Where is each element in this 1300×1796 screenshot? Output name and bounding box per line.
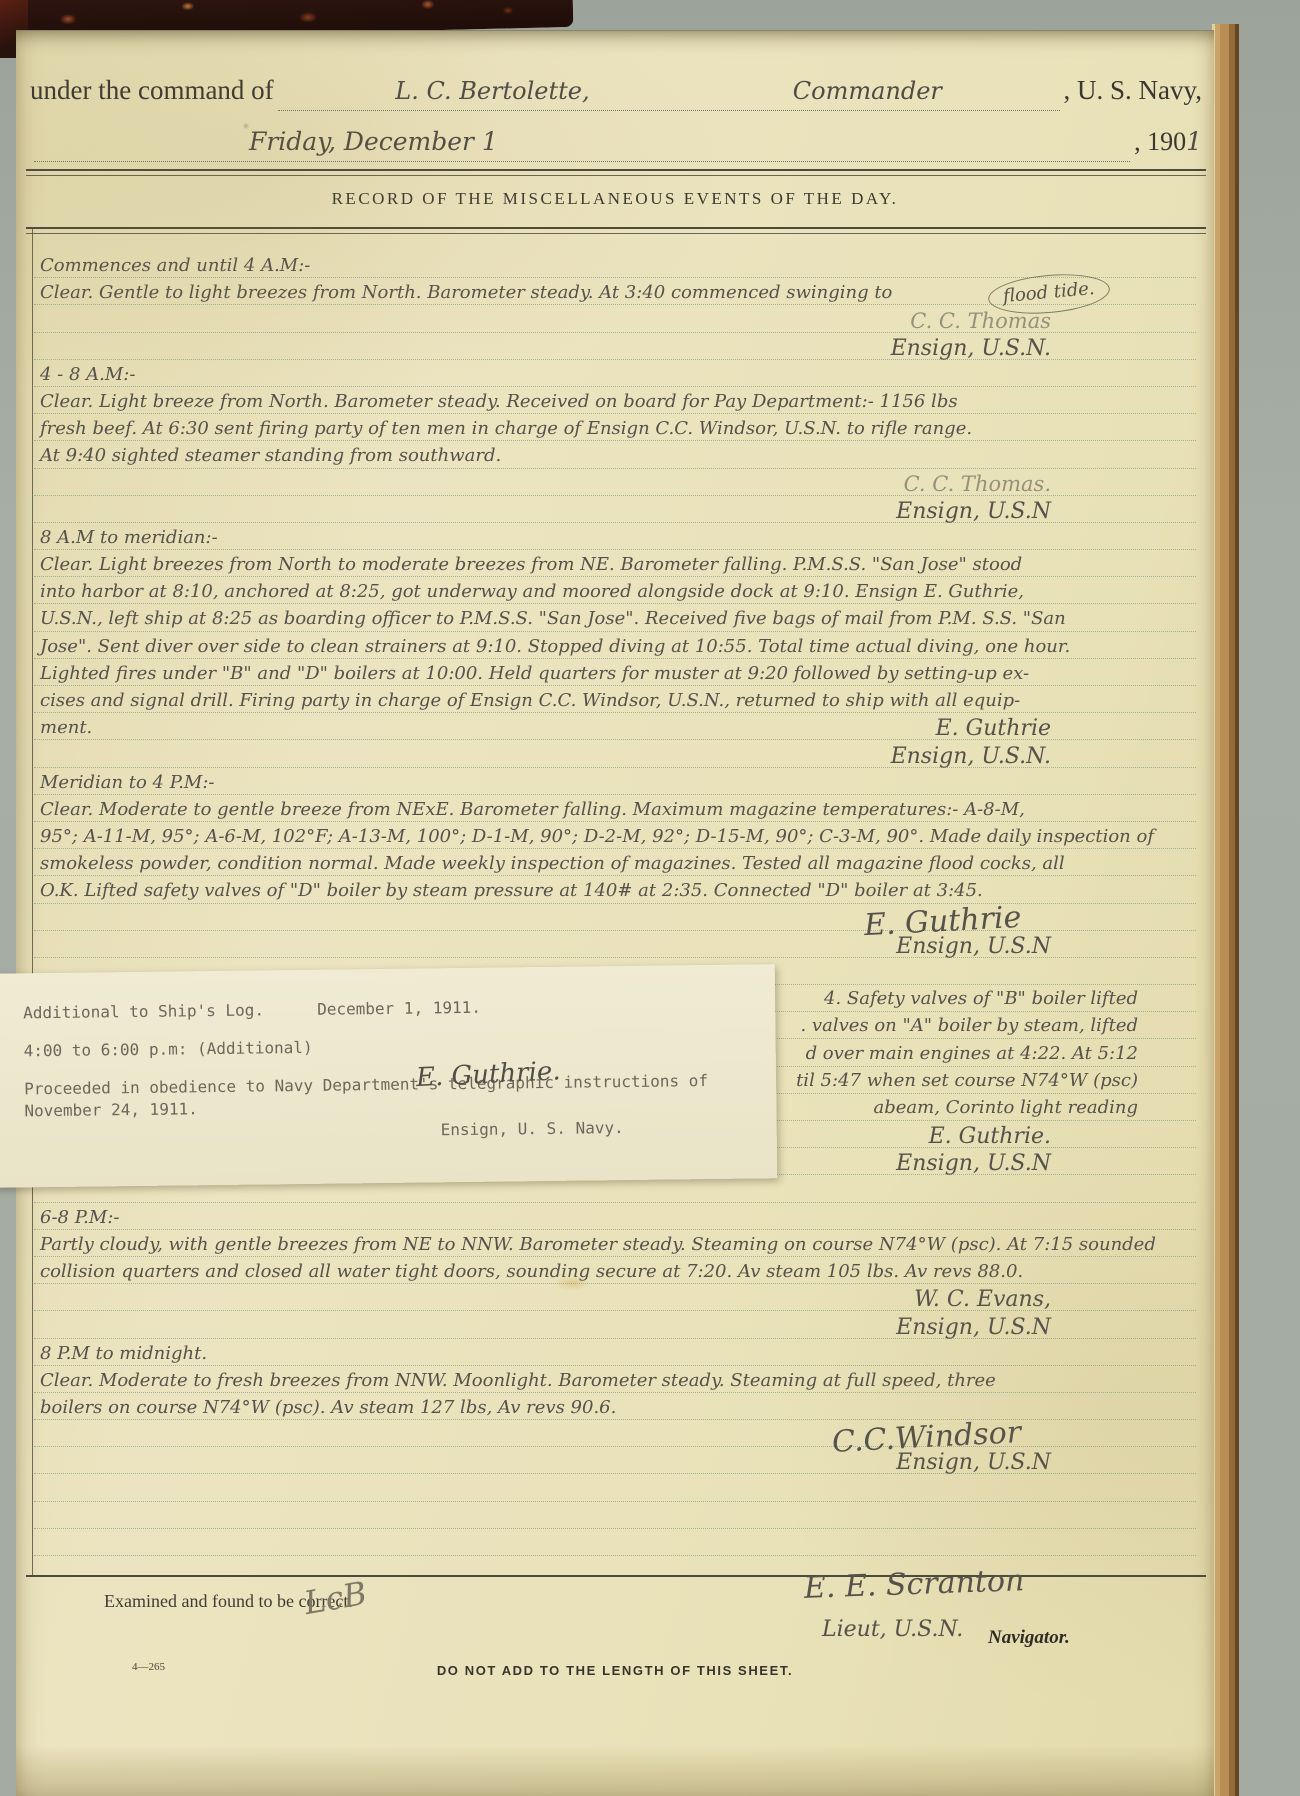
- log-entry-text: 6-8 P.M:-: [40, 1203, 119, 1232]
- date-line: Friday, December 1 , 190 1: [30, 123, 1202, 162]
- log-page: under the command of L. C. Bertolette, C…: [16, 30, 1214, 1796]
- log-entry-text: At 9:40 sighted steamer standing from so…: [40, 441, 501, 470]
- command-line: under the command of L. C. Bertolette, C…: [30, 71, 1202, 111]
- command-fill-line: L. C. Bertolette, Commander: [278, 72, 1060, 111]
- log-line: O.K. Lifted safety valves of "D" boiler …: [34, 876, 1196, 903]
- signature: W. C. Evans,: [914, 1285, 1051, 1314]
- book-page-edges: [1212, 24, 1239, 1796]
- log-line: ment.E. Guthrie: [34, 713, 1196, 740]
- log-line: Clear. Moderate to gentle breeze from NE…: [34, 795, 1196, 822]
- do-not-add-warning: DO NOT ADD TO THE LENGTH OF THIS SHEET.: [16, 1663, 1214, 1678]
- signature: Ensign, U.S.N: [896, 1149, 1051, 1178]
- log-line: cises and signal drill. Firing party in …: [34, 686, 1196, 713]
- log-line: Ensign, U.S.N: [34, 1447, 1196, 1474]
- log-section-heading: 8 P.M to midnight.: [34, 1339, 1196, 1366]
- date-fill-line: Friday, December 1: [34, 123, 1130, 162]
- log-entry-text-right: 4. Safety valves of "B" boiler lifted: [824, 984, 1138, 1013]
- log-entry-text: Partly cloudy, with gentle breezes from …: [40, 1230, 1156, 1259]
- log-entry-text: cises and signal drill. Firing party in …: [40, 686, 1020, 715]
- log-line: Clear. Light breezes from North to moder…: [34, 550, 1196, 577]
- signature: Ensign, U.S.N: [896, 1448, 1051, 1477]
- log-entry-text: 8 A.M to meridian:-: [40, 523, 218, 552]
- left-margin-rule: [32, 227, 33, 1575]
- signature: Ensign, U.S.N.: [891, 742, 1051, 771]
- log-section-heading: 6-8 P.M:-: [34, 1203, 1196, 1230]
- log-line: fresh beef. At 6:30 sent firing party of…: [34, 414, 1196, 441]
- log-section-heading: Commences and until 4 A.M:-: [34, 251, 1196, 278]
- log-lines: Commences and until 4 A.M:-Clear. Gentle…: [34, 251, 1196, 1556]
- page-bottom-shading: [16, 1745, 1214, 1796]
- signature: E. Guthrie: [936, 714, 1051, 743]
- log-line: smokeless powder, condition normal. Made…: [34, 849, 1196, 876]
- page-title: RECORD OF THE MISCELLANEOUS EVENTS OF TH…: [16, 189, 1214, 209]
- log-entry-text: U.S.N., left ship at 8:25 as boarding of…: [40, 604, 1066, 633]
- examiner-initials: LcB: [301, 1574, 369, 1622]
- log-entry-text: collision quarters and closed all water …: [40, 1257, 1023, 1286]
- log-entry-text: Jose". Sent diver over side to clean str…: [40, 632, 1070, 661]
- signature: Ensign, U.S.N: [896, 932, 1051, 961]
- log-section-heading: 4 - 8 A.M:-: [34, 360, 1196, 387]
- log-line: C.C.Windsor: [34, 1420, 1196, 1447]
- log-line: At 9:40 sighted steamer standing from so…: [34, 441, 1196, 468]
- double-rule-top: [26, 169, 1206, 176]
- log-entry-text-right: d over main engines at 4:22. At 5:12: [806, 1039, 1138, 1068]
- log-line: W. C. Evans,: [34, 1284, 1196, 1311]
- log-line: [34, 1474, 1196, 1501]
- signature: Ensign, U.S.N: [896, 1313, 1051, 1342]
- commander-rank-handwritten: Commander: [793, 72, 942, 110]
- log-line: [34, 1502, 1196, 1529]
- log-line: 95°; A-11-M, 95°; A-6-M, 102°F; A-13-M, …: [34, 822, 1196, 849]
- log-entry-text: fresh beef. At 6:30 sent firing party of…: [40, 414, 972, 443]
- slip-title: Additional to Ship's Log.: [23, 1000, 264, 1022]
- log-entry-text: smokeless powder, condition normal. Made…: [40, 849, 1065, 878]
- log-entry-text: into harbor at 8:10, anchored at 8:25, g…: [40, 577, 1024, 606]
- log-section-heading: Meridian to 4 P.M:-: [34, 768, 1196, 795]
- log-entry-text: Meridian to 4 P.M:-: [40, 768, 215, 797]
- log-entry-text: Clear. Moderate to gentle breeze from NE…: [40, 795, 1025, 824]
- year-digit-handwritten: 1: [1186, 123, 1202, 161]
- log-line: Clear. Gentle to light breezes from Nort…: [34, 278, 1196, 305]
- log-entry-text: Lighted fires under "B" and "D" boilers …: [40, 659, 1029, 688]
- log-line: U.S.N., left ship at 8:25 as boarding of…: [34, 604, 1196, 631]
- log-line: Ensign, U.S.N: [34, 496, 1196, 523]
- log-line: C. C. Thomas.: [34, 469, 1196, 496]
- typed-addendum-slip: Additional to Ship's Log. December 1, 19…: [0, 964, 777, 1188]
- log-line: C. C. Thomas: [34, 305, 1196, 332]
- printed-us-navy: , U. S. Navy,: [1064, 71, 1203, 109]
- log-line: into harbor at 8:10, anchored at 8:25, g…: [34, 577, 1196, 604]
- log-entry-text: 4 - 8 A.M:-: [40, 360, 135, 389]
- signature: C. C. Thomas: [910, 307, 1051, 336]
- log-line: collision quarters and closed all water …: [34, 1257, 1196, 1284]
- signature: Ensign, U.S.N: [896, 497, 1051, 526]
- log-entry-text: Clear. Moderate to fresh breezes from NN…: [40, 1366, 996, 1395]
- commander-name-handwritten: L. C. Bertolette,: [395, 72, 589, 110]
- log-section-heading: 8 A.M to meridian:-: [34, 523, 1196, 550]
- footer-rule: [26, 1575, 1206, 1577]
- log-entry-text: 8 P.M to midnight.: [40, 1339, 207, 1368]
- log-entry-text: Clear. Light breezes from North to moder…: [40, 550, 1022, 579]
- log-entry-text: Commences and until 4 A.M:-: [40, 251, 310, 280]
- slip-body-line2: November 24, 1911.: [24, 1099, 198, 1120]
- log-entry-text: O.K. Lifted safety valves of "D" boiler …: [40, 876, 983, 905]
- log-entry-text: ment.: [40, 713, 92, 742]
- log-line: Jose". Sent diver over side to clean str…: [34, 632, 1196, 659]
- signature: Ensign, U.S.N.: [891, 334, 1051, 363]
- log-line: [34, 1529, 1196, 1556]
- log-line: Clear. Moderate to fresh breezes from NN…: [34, 1366, 1196, 1393]
- log-line: Clear. Light breeze from North. Baromete…: [34, 387, 1196, 414]
- signature: C. C. Thomas.: [904, 470, 1051, 499]
- log-entry-text-right: til 5:47 when set course N74°W (psc): [796, 1066, 1138, 1095]
- log-line: Ensign, U.S.N.: [34, 333, 1196, 360]
- printed-command-prefix: under the command of: [30, 71, 274, 109]
- log-line: Ensign, U.S.N: [34, 931, 1196, 958]
- signature: E. Guthrie.: [929, 1122, 1051, 1151]
- log-entry-text: 95°; A-11-M, 95°; A-6-M, 102°F; A-13-M, …: [40, 822, 1154, 851]
- log-line: boilers on course N74°W (psc). Av steam …: [34, 1393, 1196, 1420]
- navigator-printed-label: Navigator.: [988, 1627, 1070, 1649]
- slip-time-line: 4:00 to 6:00 p.m: (Additional): [24, 1038, 313, 1061]
- log-line: Ensign, U.S.N.: [34, 740, 1196, 767]
- slip-signature-title: Ensign, U. S. Navy.: [441, 1118, 624, 1139]
- log-entry-text: Clear. Gentle to light breezes from Nort…: [40, 278, 892, 307]
- log-line: Ensign, U.S.N: [34, 1311, 1196, 1338]
- log-entry-text-right: . valves on "A" boiler by steam, lifted: [800, 1011, 1138, 1040]
- navigator-signature-rank: Lieut, U.S.N.: [822, 1617, 963, 1642]
- log-entry-text: Clear. Light breeze from North. Baromete…: [40, 387, 958, 416]
- slip-date: December 1, 1911.: [317, 998, 481, 1019]
- slip-body-line1: Proceeded in obedience to Navy Departmen…: [24, 1071, 708, 1098]
- log-line: Lighted fires under "B" and "D" boilers …: [34, 659, 1196, 686]
- log-entry-text: boilers on course N74°W (psc). Av steam …: [40, 1393, 616, 1422]
- log-entry-text-right: abeam, Corinto light reading: [874, 1093, 1138, 1122]
- navigator-signature: E. E. Scranton: [803, 1563, 1024, 1606]
- log-line: Partly cloudy, with gentle breezes from …: [34, 1230, 1196, 1257]
- log-line: E. Guthrie: [34, 904, 1196, 931]
- double-rule-under-title: [26, 227, 1206, 234]
- date-handwritten: Friday, December 1: [249, 123, 498, 161]
- printed-year-prefix: , 190: [1134, 123, 1186, 161]
- photo-of-ship-log-page: { "palette":{ "photo_background":"#a6aea…: [0, 0, 1300, 1796]
